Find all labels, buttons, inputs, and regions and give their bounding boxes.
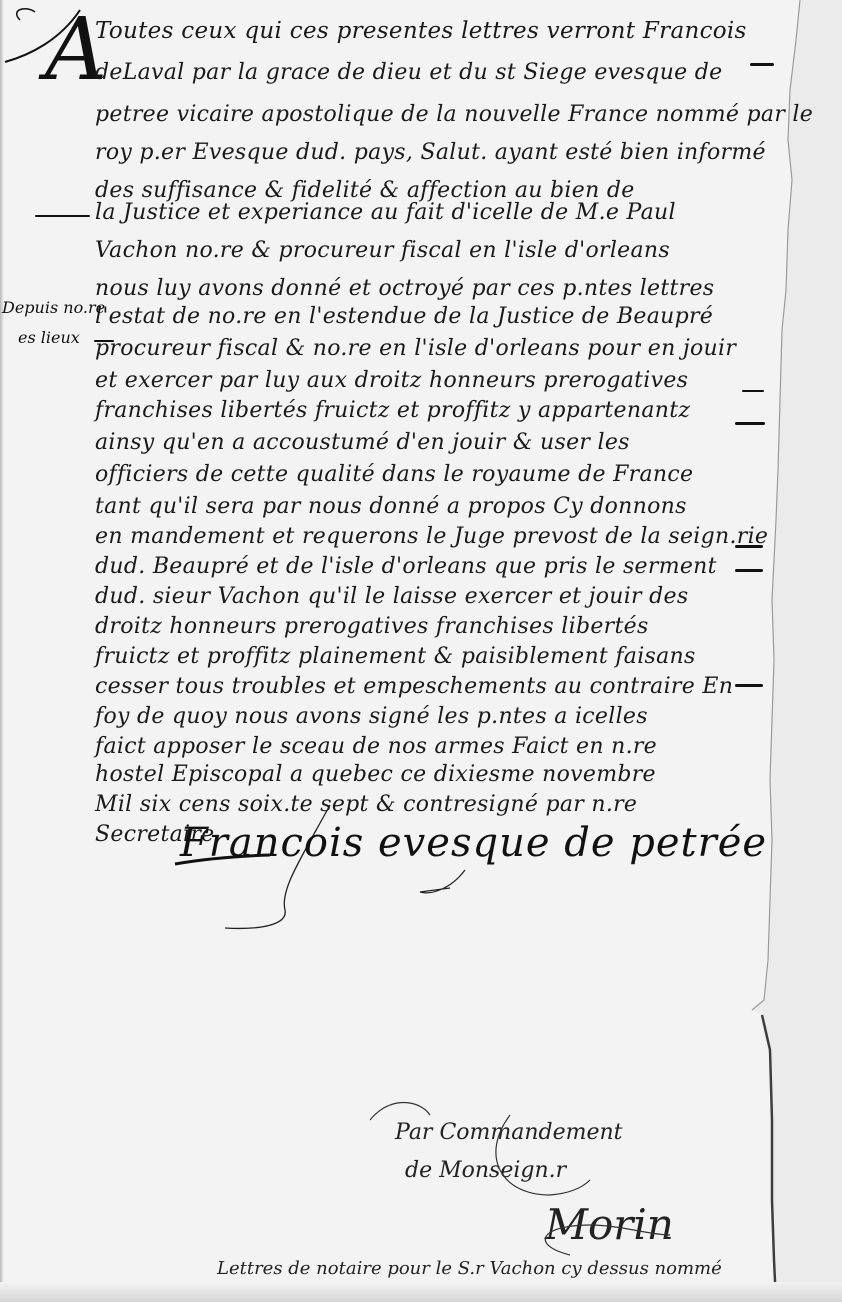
text-line: tant qu'il sera par nous donné a propos … <box>95 494 687 519</box>
scan-bottom-edge <box>0 1282 842 1302</box>
text-line: Vachon no.re & procureur fiscal en l'isl… <box>95 238 670 263</box>
line-end-dash <box>735 545 763 548</box>
page-edge-shadow <box>0 0 4 1302</box>
bishop-signature: Francois evesque de petrée <box>180 820 767 866</box>
text-line: foy de quoy nous avons signé les p.ntes … <box>95 704 648 729</box>
countersign-flourish <box>360 1085 680 1265</box>
text-line: en mandement et requerons le Juge prevos… <box>95 524 768 549</box>
text-line: fruictz et proffitz plainement & paisibl… <box>95 644 696 669</box>
text-line: dud. Beaupré et de l'isle d'orleans que … <box>95 554 717 579</box>
text-line: roy p.er Evesque dud. pays, Salut. ayant… <box>95 140 766 165</box>
margin-connector <box>94 340 114 342</box>
line-end-dash <box>742 390 764 392</box>
margin-note-line2: es lieux <box>18 328 80 347</box>
text-line: hostel Episcopal a quebec ce dixiesme no… <box>95 762 656 787</box>
text-line: droitz honneurs prerogatives franchises … <box>95 614 649 639</box>
text-line: Toutes ceux qui ces presentes lettres ve… <box>95 18 747 44</box>
text-line: la Justice et experiance au fait d'icell… <box>95 200 676 225</box>
line-end-dash <box>735 422 765 425</box>
text-line: l'estat de no.re en l'estendue de la Jus… <box>95 304 713 329</box>
text-line: procureur fiscal & no.re en l'isle d'orl… <box>95 336 736 361</box>
text-line: et exercer par luy aux droitz honneurs p… <box>95 368 688 393</box>
line-end-dash <box>735 684 763 687</box>
text-line: deLaval par la grace de dieu et du st Si… <box>95 60 722 85</box>
text-line: faict apposer le sceau de nos armes Faic… <box>95 734 657 759</box>
footer-note: Lettres de notaire pour le S.r Vachon cy… <box>217 1258 722 1279</box>
line-end-dash <box>735 569 763 572</box>
text-line: officiers de cette qualité dans le royau… <box>95 462 693 487</box>
text-line: dud. sieur Vachon qu'il le laisse exerce… <box>95 584 688 609</box>
text-line: cesser tous troubles et empeschements au… <box>95 674 733 699</box>
text-line: petree vicaire apostolique de la nouvell… <box>95 102 813 127</box>
text-line: nous luy avons donné et octroyé par ces … <box>95 276 714 301</box>
torn-right-edge <box>700 0 842 1302</box>
line-start-dash <box>35 215 90 217</box>
line-end-dash <box>750 63 774 66</box>
text-line: franchises libertés fruictz et proffitz … <box>95 398 690 423</box>
text-line: ainsy qu'en a accoustumé d'en jouir & us… <box>95 430 630 455</box>
margin-note-line1: Depuis no.re <box>2 298 105 317</box>
